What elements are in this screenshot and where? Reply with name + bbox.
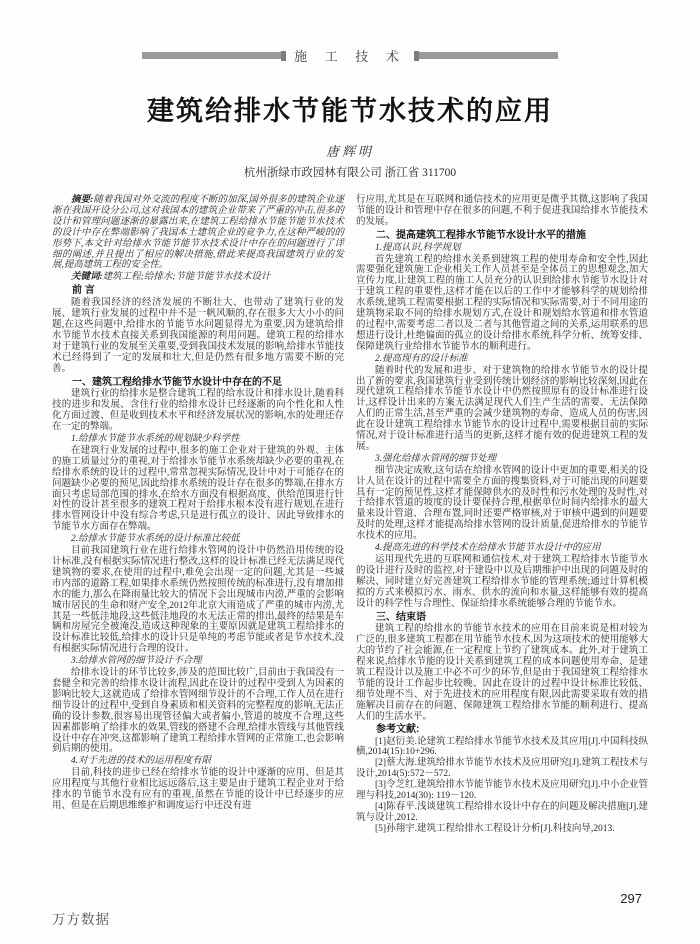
header-bar-right [419,52,558,59]
author-affiliation: 杭州浙绿市政园林有限公司 浙江省 311700 [0,164,700,180]
paragraph: 细节决定成败,这句话在给排水管网的设计中更加的重要,相关的设计人员在设计的过程中… [356,466,648,542]
subsection-heading: 4.对于先进的技术的运用程度有限 [52,756,344,767]
subsection-heading: 3.强化给排水管网的细节处理 [356,454,648,465]
paragraph: 目前,科技的进步已经在给排水节能的设计中逐渐的应用、但是其应用程度与其他行业相比… [52,768,344,812]
paragraph: 运用现代先进的互联网和通信技术,对于建筑工程给排水节能节水的设计进行及时的监控,… [356,555,648,610]
article-title: 建筑给排水节能节水技术的应用 [40,89,660,128]
subsection-heading: 4.提高先进的科学技术在给排水节能节水设计中的应用 [356,543,648,554]
article-body: 摘要:随着我国对外交流的程度不断的加深,国外很多的建筑企业逐渐在我国开设分公司,… [0,195,700,835]
document-page: 施 工 技 术 建筑给排水节能节水技术的应用 唐辉明 杭州浙绿市政园林有限公司 … [0,0,700,944]
page-number: 297 [620,891,642,906]
subsection-heading: 1.提高认识,科学规划 [356,243,648,254]
paragraph: 建筑行业的给排水是整合建筑工程的给水设计和排水设计,随着科技的进步和发展、含住行… [52,389,344,433]
paragraph: 随着我国经济的经济发展的不断壮大、也带动了建筑行业的发展、建筑行业发展的过程中并… [52,298,344,374]
subsection-heading: 2.给排水节能节水系统的设计标准比较低 [52,534,344,545]
reference-item: [3]令芝红.建筑给排水节能节能节水技术及应用研究[J].中小企业管理与科技,2… [356,780,648,802]
column-left: 摘要:随着我国对外交流的程度不断的加深,国外很多的建筑企业逐渐在我国开设分公司,… [52,195,344,835]
reference-item: [5]孙翔宇.建筑工程给排水工程设计分析[J].科技向导,2013. [356,824,648,835]
abstract: 摘要:随着我国对外交流的程度不断的加深,国外很多的建筑企业逐渐在我国开设分公司,… [52,195,344,271]
section-heading: 前 言 [52,286,344,297]
journal-section-label: 施 工 技 术 [286,46,414,65]
header-bar-left [142,52,281,59]
paragraph-continued: 行应用,尤其是在互联网和通信技术的应用更是微乎其微,这影响了我国节能的设计和管理… [356,195,648,228]
author-name: 唐辉明 [0,141,700,160]
reference-item: [2]蔡大海.建筑给排水节能节水技术及应用研究[J].建筑工程技术与设计,201… [356,758,648,780]
keywords: 关键词:建筑工程;给排水;节能节能节水技术设计 [52,272,344,283]
section-heading: 二、提高建筑工程排水节能节水设计水平的措施 [356,231,648,242]
block-label: 摘要: [71,195,93,205]
subsection-heading: 3.给排水管网的细节设计不合理 [52,656,344,667]
section-heading: 一、建筑工程给排水节能节水设计中存在的不足 [52,378,344,389]
paragraph: 随着时代的发展和进步、对于建筑物的给排水节能节水的设计提出了新的要求,我国建筑行… [356,366,648,453]
paragraph: 给排水设计的环节比较多,涉及的范围比较广,目前由于我国没有一套健全和完善的给排水… [52,668,344,755]
column-header-rule: 施 工 技 术 [142,46,558,65]
reference-item: [4]陈春平.浅谈建筑工程给排水设计中存在的问题及解决措施[J].建筑与设计,2… [356,802,648,824]
column-right: 行应用,尤其是在互联网和通信技术的应用更是微乎其微,这影响了我国节能的设计和管理… [356,195,648,835]
subsection-heading: 2.提高现有的设计标准 [356,354,648,365]
reference-item: [1]赵衍美.论建筑工程给排水节能节水技术及其应用[J].中国科技纵横,2014… [356,737,648,759]
paragraph: 目前我国建筑行业在进行给排水管网的设计中仍然沿用传统的设计标准,没有根据实际情况… [52,546,344,655]
paragraph: 建筑工程的给排水的节能节水技术的应用在目前来说是相对较为广泛的,很多建筑工程都在… [356,624,648,722]
wanfang-watermark: 万方数据 [52,908,110,928]
subsection-heading: 1.给排水节能节水系统的规划缺少科学性 [52,434,344,445]
paragraph: 首先建筑工程的给排水关系到建筑工程的使用寿命和安全性,因此需要强化建筑施工企业相… [356,255,648,353]
section-heading: 三、结束语 [356,613,648,624]
paragraph: 在建筑行业发展的过程中,很多的施工企业对于建筑的外观、主体的施工质量过分的重视,… [52,446,344,533]
references-heading: 参考文献: [356,725,648,736]
block-label: 关键词: [71,272,103,282]
